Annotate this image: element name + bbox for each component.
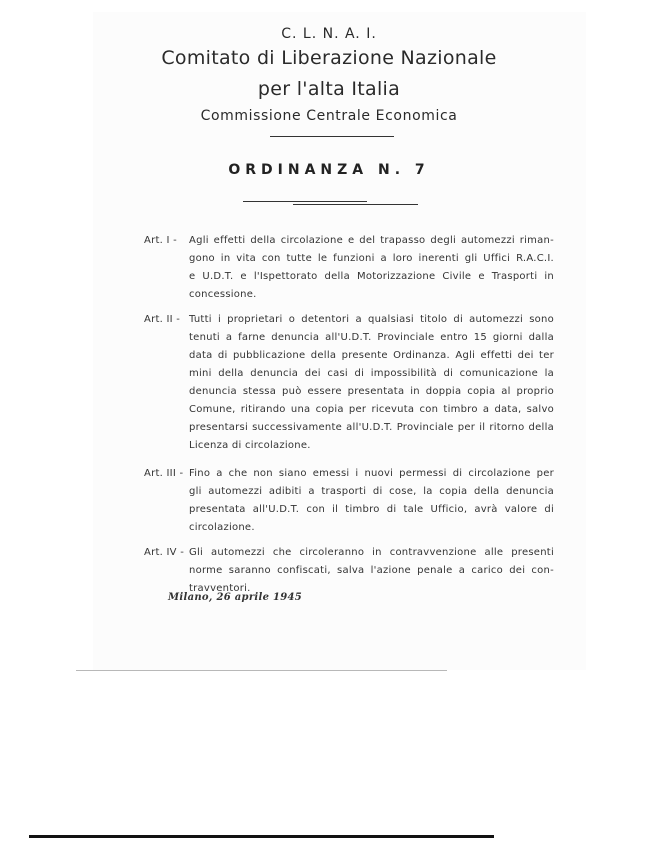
- text-line: Agli effetti della circolazione e del tr…: [189, 232, 554, 250]
- text-line: data di pubblicazione della presente Ord…: [189, 347, 554, 365]
- ordinance-heading: ORDINANZA N. 7: [0, 162, 658, 178]
- articles-list: Art. I - Agli effetti della circolazione…: [144, 232, 554, 605]
- article-label: Art. II -: [144, 311, 189, 455]
- text-line: mini della denuncia dei casi di impossib…: [189, 365, 554, 383]
- text-line: gli automezzi adibiti a trasporti di cos…: [189, 483, 554, 501]
- text-line: circolazione.: [189, 519, 554, 537]
- text-line: Tutti i proprietari o detentori a qualsi…: [189, 311, 554, 329]
- commission-name: Commissione Centrale Economica: [0, 108, 658, 124]
- text-line: tenuti a farne denuncia all'U.D.T. Provi…: [189, 329, 554, 347]
- article-2: Art. II - Tutti i proprietari o detentor…: [144, 311, 554, 455]
- article-1: Art. I - Agli effetti della circolazione…: [144, 232, 554, 304]
- article-4: Art. IV - Gli automezzi che circoleranno…: [144, 544, 554, 598]
- text-line: denuncia stessa può essere presentata in…: [189, 383, 554, 401]
- article-3: Art. III - Fino a che non siano emessi i…: [144, 465, 554, 537]
- text-line: presentarsi successivamente all'U.D.T. P…: [189, 419, 554, 437]
- text-line: concessione.: [189, 286, 554, 304]
- text-line: norme saranno confiscati, salva l'azione…: [189, 562, 554, 580]
- text-line: e U.D.T. e l'Ispettorato della Motorizza…: [189, 268, 554, 286]
- scan-bottom-border: [29, 835, 494, 838]
- text-line: Fino a che non siano emessi i nuovi perm…: [189, 465, 554, 483]
- article-label: Art. III -: [144, 465, 189, 537]
- article-text: Tutti i proprietari o detentori a qualsi…: [189, 311, 554, 455]
- page-edge-line: [76, 670, 447, 671]
- organization-subtitle: per l'alta Italia: [0, 78, 658, 100]
- organization-acronym: C. L. N. A. I.: [0, 26, 658, 42]
- article-text: Fino a che non siano emessi i nuovi perm…: [189, 465, 554, 537]
- article-label: Art. I -: [144, 232, 189, 304]
- text-line: presentata all'U.D.T. con il timbro di t…: [189, 501, 554, 519]
- text-line: Licenza di circolazione.: [189, 437, 554, 455]
- text-line: Comune, ritirando una copia per ricevuta…: [189, 401, 554, 419]
- article-label: Art. IV -: [144, 544, 189, 598]
- divider: [270, 136, 394, 137]
- organization-title: Comitato di Liberazione Nazionale: [0, 47, 658, 69]
- article-text: Agli effetti della circolazione e del tr…: [189, 232, 554, 304]
- place-and-date: Milano, 26 aprile 1945: [168, 592, 302, 603]
- article-text: Gli automezzi che circoleranno in contra…: [189, 544, 554, 598]
- divider: [243, 201, 367, 202]
- text-line: Gli automezzi che circoleranno in contra…: [189, 544, 554, 562]
- divider: [293, 204, 418, 205]
- text-line: gono in vita con tutte le funzioni a lor…: [189, 250, 554, 268]
